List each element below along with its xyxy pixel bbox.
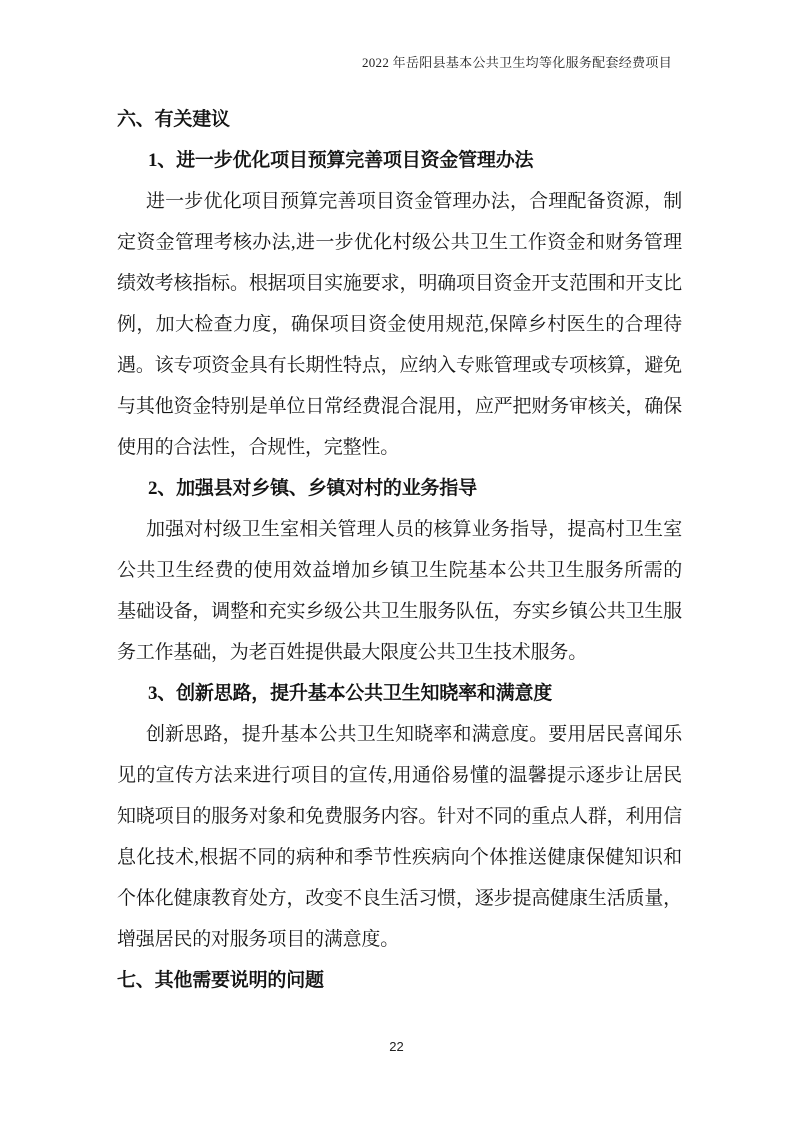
paragraph-line: 增强居民的对服务项目的满意度。 bbox=[117, 919, 682, 960]
document-body: 六、有关建议1、进一步优化项目预算完善项目资金管理办法进一步优化项目预算完善项目… bbox=[117, 99, 682, 1001]
page-header-title: 2022 年岳阳县基本公共卫生均等化服务配套经费项目 bbox=[362, 54, 672, 71]
paragraph-line: 加强对村级卫生室相关管理人员的核算业务指导，提高村卫生室 bbox=[117, 509, 682, 550]
paragraph-line: 与其他资金特别是单位日常经费混合混用，应严把财务审核关，确保 bbox=[117, 386, 682, 427]
paragraph-line: 务工作基础，为老百姓提供最大限度公共卫生技术服务。 bbox=[117, 632, 682, 673]
paragraph-line: 个体化健康教育处方，改变不良生活习惯，逐步提高健康生活质量， bbox=[117, 878, 682, 919]
paragraph-line: 进一步优化项目预算完善项目资金管理办法，合理配备资源，制 bbox=[117, 181, 682, 222]
paragraph-line: 基础设备，调整和充实乡级公共卫生服务队伍，夯实乡镇公共卫生服 bbox=[117, 591, 682, 632]
paragraph-line: 息化技术,根据不同的病种和季节性疾病向个体推送健康保健知识和 bbox=[117, 837, 682, 878]
paragraph-line: 例，加大检查力度，确保项目资金使用规范,保障乡村医生的合理待 bbox=[117, 304, 682, 345]
section-heading: 六、有关建议 bbox=[117, 99, 682, 140]
page-number: 22 bbox=[389, 1039, 403, 1054]
section-heading: 3、创新思路，提升基本公共卫生知晓率和满意度 bbox=[117, 673, 682, 714]
paragraph-line: 创新思路，提升基本公共卫生知晓率和满意度。要用居民喜闻乐 bbox=[117, 714, 682, 755]
paragraph-line: 使用的合法性，合规性，完整性。 bbox=[117, 427, 682, 468]
paragraph-line: 见的宣传方法来进行项目的宣传,用通俗易懂的温馨提示逐步让居民 bbox=[117, 755, 682, 796]
document-page: 2022 年岳阳县基本公共卫生均等化服务配套经费项目 六、有关建议1、进一步优化… bbox=[0, 0, 793, 1122]
paragraph-line: 知晓项目的服务对象和免费服务内容。针对不同的重点人群，利用信 bbox=[117, 796, 682, 837]
paragraph-line: 公共卫生经费的使用效益增加乡镇卫生院基本公共卫生服务所需的 bbox=[117, 550, 682, 591]
paragraph-line: 绩效考核指标。根据项目实施要求，明确项目资金开支范围和开支比 bbox=[117, 263, 682, 304]
section-heading: 七、其他需要说明的问题 bbox=[117, 960, 682, 1001]
page-footer: 22 bbox=[0, 1038, 793, 1056]
section-heading: 2、加强县对乡镇、乡镇对村的业务指导 bbox=[117, 468, 682, 509]
paragraph-line: 定资金管理考核办法,进一步优化村级公共卫生工作资金和财务管理 bbox=[117, 222, 682, 263]
paragraph-line: 遇。该专项资金具有长期性特点，应纳入专账管理或专项核算，避免 bbox=[117, 345, 682, 386]
section-heading: 1、进一步优化项目预算完善项目资金管理办法 bbox=[117, 140, 682, 181]
